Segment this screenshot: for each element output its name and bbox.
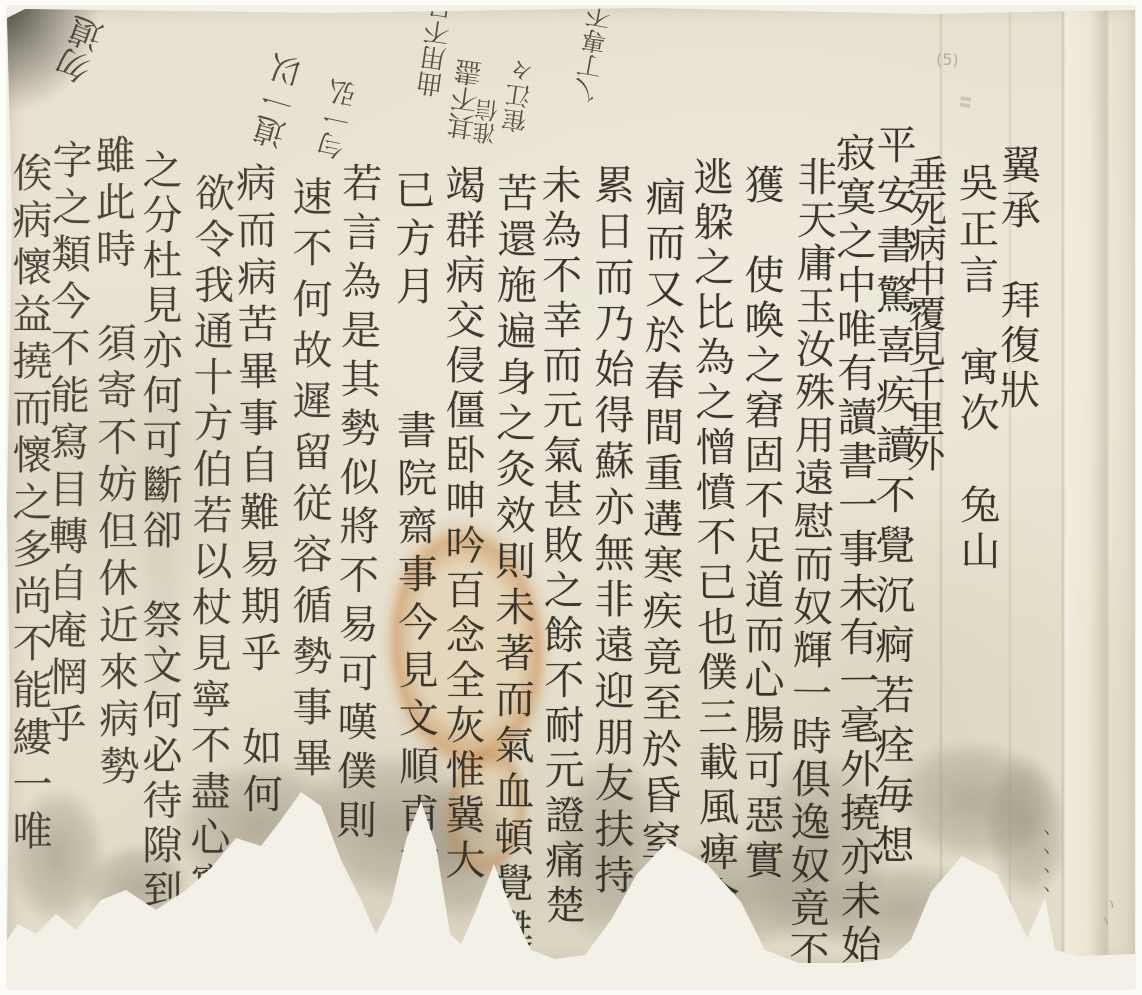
fold-mark: 〓 xyxy=(958,91,974,112)
text-column: 未為不幸而元氣甚敗之餘不耐元證痛楚 xyxy=(537,164,583,929)
marginalia-note: 乀丁專不 xyxy=(572,3,614,106)
marginalia-note: 准信 xyxy=(474,98,502,146)
pencil-number: (5) xyxy=(936,50,959,69)
letter-title-column: 翼承 拜復狀 xyxy=(995,144,1038,414)
text-column: 非天庸玉汝殊用遠慰而奴輝一時俱逸奴竟不 xyxy=(785,156,836,973)
marginalia-note: 勻一弘 xyxy=(317,78,360,163)
photograph: 翼承 拜復狀吳正言 寓次 兔山垂死病中覆見千里外平安書驚喜疾讀不覺沉痾若痊毎想寂… xyxy=(0,0,1142,995)
marginalia-note: 曲用不日 xyxy=(417,0,457,99)
text-column: 竭群病交侵僵卧呻吟百念全灰惟冀大 xyxy=(441,164,483,884)
text-column: 俟病懷益撓而懷之多尚不能縷一唯 xyxy=(8,152,50,857)
recipient-address-column: 吳正言 寓次 兔山 xyxy=(954,162,998,576)
text-column: 之分杜見亦何可斷卻 祭文何必待隙到 xyxy=(138,149,180,914)
text-column: 速不何故遲留従容循勢事畢 xyxy=(288,176,330,788)
text-column: 病而病苦畢事自難易期乎 如何 xyxy=(232,162,281,820)
manuscript-paper: 翼承 拜復狀吳正言 寓次 兔山垂死病中覆見千里外平安書驚喜疾讀不覺沉痾若痊毎想寂… xyxy=(7,6,1135,964)
seam-ink-dots: 丶丶丶丶 xyxy=(1038,826,1052,902)
text-column: 累日而乃始得蘇亦無非遠迎朋友扶持 xyxy=(590,164,632,900)
marginalia-note: 寉江々 xyxy=(501,57,536,135)
manuscript-text: 翼承 拜復狀吳正言 寓次 兔山垂死病中覆見千里外平安書驚喜疾讀不覺沉痾若痊毎想寂… xyxy=(7,6,1135,964)
text-column: 若言為是其勢似將不易可嘆僕則 xyxy=(332,162,380,848)
marginalia-note: 勿遉 xyxy=(54,13,109,89)
text-column: 寂寞之中唯有讀書一事未有一毫外撓亦未始 xyxy=(831,132,879,968)
text-column: 已方月 書院齋事今見文順甫書 xyxy=(390,169,437,889)
text-column: 苦還施遍身之灸效則未著而氣血頓覺甦 xyxy=(489,172,535,954)
marginalia-note: 遉一以 xyxy=(250,51,307,152)
text-column: 雖此時 須寄不妨但休近來病勢 xyxy=(91,134,138,792)
text-column: 逃躱之比為之憎憤不已也僕三載風痺金 xyxy=(689,156,738,921)
text-column: 痼而又於春間重遘寒疾竟至於昏窒 xyxy=(637,176,684,866)
text-column: 獲 使喚之窘固不足道而心腸可惡實 xyxy=(740,164,782,884)
text-column: 欲令我通十方伯若以杖見寧不盡心寫 xyxy=(185,172,232,908)
